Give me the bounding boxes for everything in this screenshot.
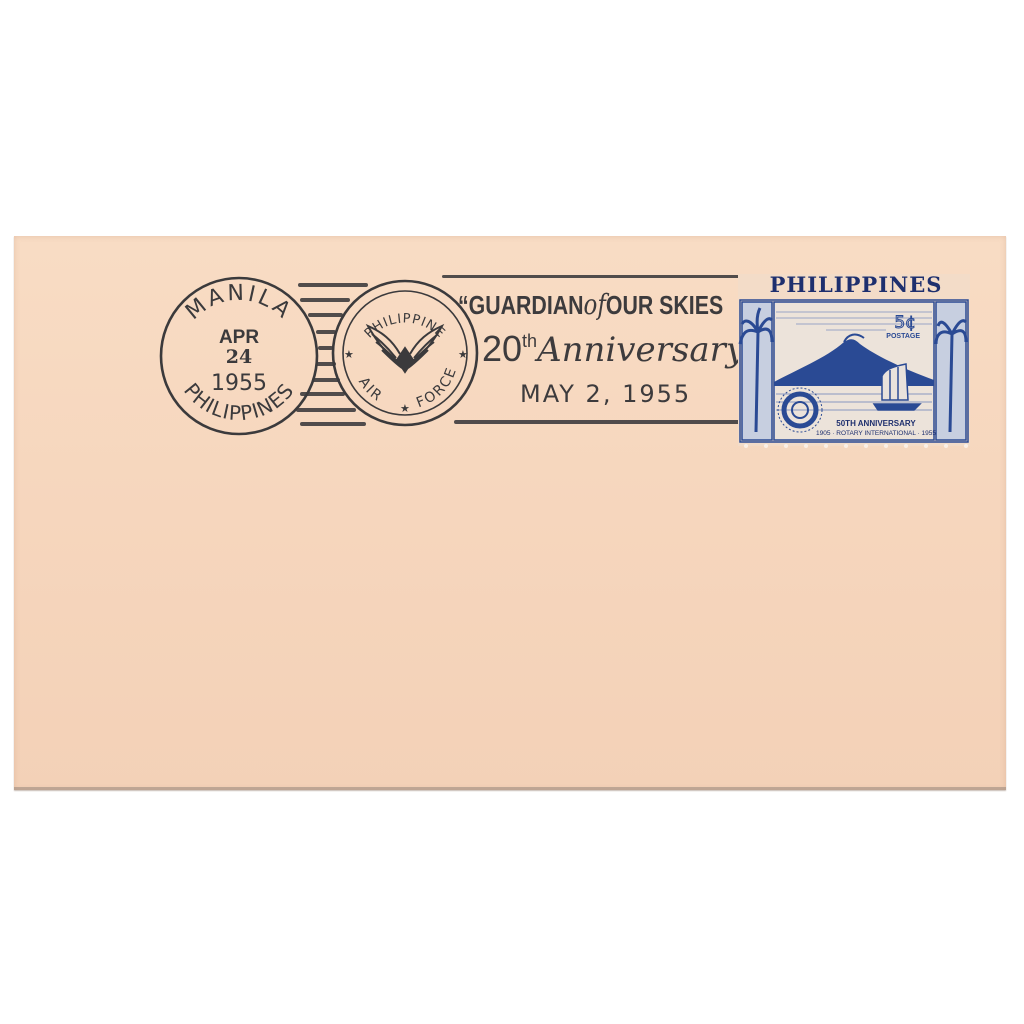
stamp-postage: POSTAGE — [886, 333, 920, 340]
stamp-country: PHILIPPINES — [740, 272, 972, 297]
slogan-date: MAY 2, 1955 — [520, 380, 691, 408]
postmark-month: APR — [219, 327, 259, 348]
emblem-air-text: AIR — [355, 374, 386, 405]
stamp-caption-2: 1905 · ROTARY INTERNATIONAL · 1955 — [816, 430, 936, 437]
slogan-cancel: “GUARDIANofOUR SKIES 20thAnniversary MAY… — [440, 276, 770, 426]
star-icon: ★ — [400, 402, 410, 415]
postmark-city: MANILA — [181, 281, 297, 325]
postmark-year: 1955 — [211, 371, 267, 396]
slogan-line-2: 20thAnniversary — [482, 328, 745, 370]
postmark-day: 24 — [226, 346, 252, 368]
winged-diamond-icon — [368, 326, 442, 372]
svg-text:MANILA: MANILA — [181, 281, 297, 325]
star-icon: ★ — [344, 348, 354, 361]
svg-text:AIR: AIR — [355, 374, 386, 405]
stamp-value: 5¢ — [894, 313, 916, 333]
date-postmark: MANILA PHILIPPINES APR 24 1955 — [158, 275, 320, 437]
postage-stamp: 5¢ POSTAGE 50TH ANNIVERSARY 1905 · ROTAR… — [736, 272, 972, 448]
stamp-caption-1: 50TH ANNIVERSARY — [836, 419, 916, 428]
slogan-line-1: “GUARDIANofOUR SKIES — [458, 288, 723, 321]
